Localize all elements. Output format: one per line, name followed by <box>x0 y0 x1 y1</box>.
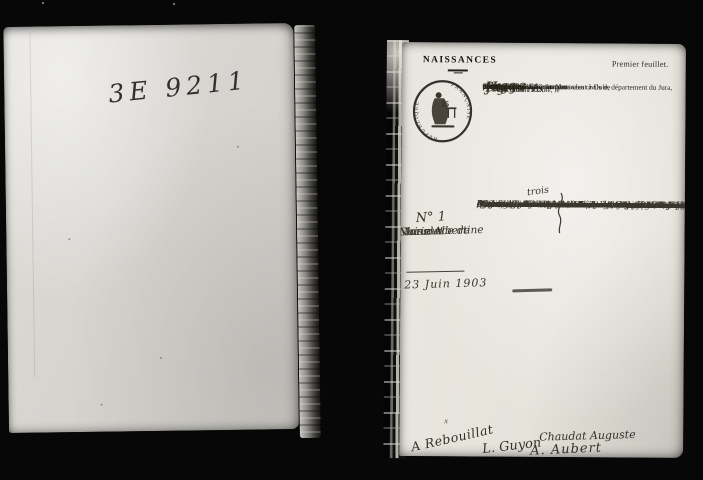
register-page: NAISSANCES Premier feuillet. RÉPUBLIQUE … <box>399 42 686 458</box>
paper-speck <box>68 238 70 240</box>
margin-act-title: Naissance de Chaudat Marie-Albertine <box>399 224 477 226</box>
cover-crease <box>29 33 35 378</box>
signature-witness-2: A. Aubert <box>530 441 602 458</box>
preamble-date-line: Fait double à Dole, le 9 décembre 1902. <box>483 83 497 97</box>
scan-dust <box>173 3 175 5</box>
act-body: L'an mil neuf cent trois le vingt trois … <box>477 199 686 200</box>
register-scan: 3E 9211 NAISSANCES Premier feuillet. RÉP… <box>0 0 703 480</box>
paper-speck <box>237 146 239 148</box>
margin-title-line: Marie-Albertine <box>399 224 484 239</box>
strike-through-mark <box>512 288 552 292</box>
margin-rule <box>406 271 464 273</box>
corner-note: Premier feuillet. <box>612 59 669 68</box>
stamp-denomination: 25 <box>442 99 450 108</box>
preamble-text: décembre 1902. <box>497 83 544 97</box>
printed-preamble: Le présent registre contenant Six feuill… <box>483 80 686 81</box>
page-title: NAISSANCES <box>423 55 497 66</box>
act-line: en a été faite. <box>477 199 536 212</box>
renvoi-mark: x <box>444 416 448 425</box>
marianne-figure-icon <box>431 92 456 127</box>
paper-speck <box>101 404 103 406</box>
left-book-cover: 3E 9211 <box>3 23 299 433</box>
book-block-edge <box>294 25 321 438</box>
margin-date: 23 Juin 1903 <box>404 276 487 291</box>
revenue-stamp-icon: RÉPUBLIQUE FRANÇAISE 25 <box>411 79 473 143</box>
title-flourish <box>448 69 468 73</box>
archival-code: 3E 9211 <box>107 66 250 109</box>
act-number: N° 1 <box>415 209 446 226</box>
paper-speck <box>160 357 162 359</box>
scan-dust <box>42 2 44 4</box>
interlined-word: trois <box>526 185 549 199</box>
